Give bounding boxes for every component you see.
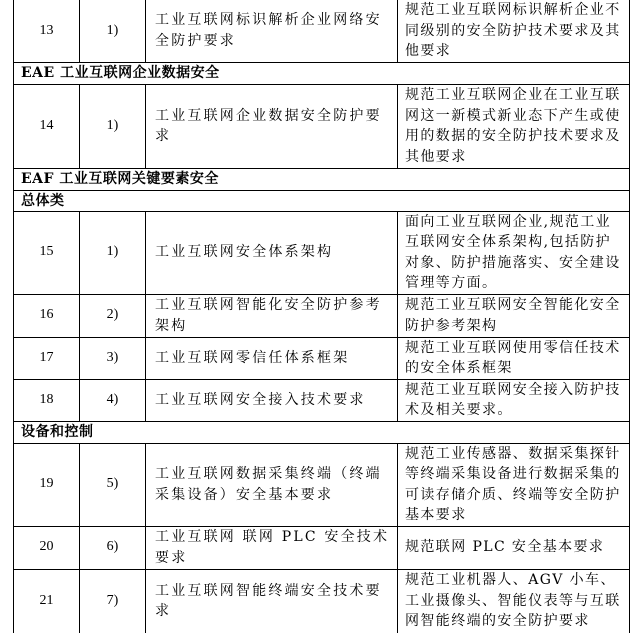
standard-name: 工业互联网智能终端安全技术要求 [146, 569, 398, 633]
subsection-title: 设备和控制 [14, 421, 630, 443]
row-number: 18 [14, 379, 80, 421]
row-number: 16 [14, 294, 80, 337]
row-number: 13 [14, 0, 80, 62]
section-header-eaf: EAF 工业互联网关键要素安全 [14, 168, 630, 190]
row-number: 15 [14, 211, 80, 294]
standard-name: 工业互联网 联网 PLC 安全技术要求 [146, 526, 398, 569]
standard-description: 规范工业互联网企业在工业互联网这一新模式新业态下产生或使用的数据的安全防护技术要… [398, 84, 630, 168]
row-number: 14 [14, 84, 80, 168]
row-number: 21 [14, 569, 80, 633]
table-row-17: 17 3) 工业互联网零信任体系框架 规范工业互联网使用零信任技术的安全体系框架 [14, 337, 630, 379]
row-sub-index: 3) [80, 337, 146, 379]
subsection-header-devices-control: 设备和控制 [14, 421, 630, 443]
row-number: 17 [14, 337, 80, 379]
standard-name: 工业互联网安全体系架构 [146, 211, 398, 294]
standard-description: 规范工业互联网标识解析企业不同级别的安全防护技术要求及其他要求 [398, 0, 630, 62]
row-sub-index: 1) [80, 84, 146, 168]
standard-description: 规范联网 PLC 安全基本要求 [398, 526, 630, 569]
row-sub-index: 1) [80, 211, 146, 294]
standard-name: 工业互联网企业数据安全防护要求 [146, 84, 398, 168]
standard-description: 规范工业互联网使用零信任技术的安全体系框架 [398, 337, 630, 379]
table-row-21: 21 7) 工业互联网智能终端安全技术要求 规范工业机器人、AGV 小车、工业摄… [14, 569, 630, 633]
row-sub-index: 2) [80, 294, 146, 337]
row-sub-index: 4) [80, 379, 146, 421]
standard-name: 工业互联网标识解析企业网络安全防护要求 [146, 0, 398, 62]
subsection-header-general: 总体类 [14, 190, 630, 211]
standard-description: 面向工业互联网企业,规范工业互联网安全体系架构,包括防护对象、防护措施落实、安全… [398, 211, 630, 294]
standard-name: 工业互联网安全接入技术要求 [146, 379, 398, 421]
row-sub-index: 1) [80, 0, 146, 62]
standards-table: 13 1) 工业互联网标识解析企业网络安全防护要求 规范工业互联网标识解析企业不… [13, 0, 630, 633]
standard-description: 规范工业互联网安全智能化安全防护参考架构 [398, 294, 630, 337]
row-number: 19 [14, 443, 80, 526]
standard-description: 规范工业互联网安全接入防护技术及相关要求。 [398, 379, 630, 421]
section-title: EAE 工业互联网企业数据安全 [14, 62, 630, 84]
row-sub-index: 5) [80, 443, 146, 526]
section-header-eae: EAE 工业互联网企业数据安全 [14, 62, 630, 84]
standard-name: 工业互联网智能化安全防护参考架构 [146, 294, 398, 337]
table-row-13: 13 1) 工业互联网标识解析企业网络安全防护要求 规范工业互联网标识解析企业不… [14, 0, 630, 62]
row-sub-index: 7) [80, 569, 146, 633]
table-row-20: 20 6) 工业互联网 联网 PLC 安全技术要求 规范联网 PLC 安全基本要… [14, 526, 630, 569]
table-row-19: 19 5) 工业互联网数据采集终端（终端采集设备）安全基本要求 规范工业传感器、… [14, 443, 630, 526]
table-row-15: 15 1) 工业互联网安全体系架构 面向工业互联网企业,规范工业互联网安全体系架… [14, 211, 630, 294]
standard-description: 规范工业机器人、AGV 小车、工业摄像头、智能仪表等与互联网智能终端的安全防护要… [398, 569, 630, 633]
section-title: EAF 工业互联网关键要素安全 [14, 168, 630, 190]
row-number: 20 [14, 526, 80, 569]
standard-name: 工业互联网数据采集终端（终端采集设备）安全基本要求 [146, 443, 398, 526]
row-sub-index: 6) [80, 526, 146, 569]
table-row-16: 16 2) 工业互联网智能化安全防护参考架构 规范工业互联网安全智能化安全防护参… [14, 294, 630, 337]
standard-description: 规范工业传感器、数据采集探针等终端采集设备进行数据采集的可读存储介质、终端等安全… [398, 443, 630, 526]
table-row-18: 18 4) 工业互联网安全接入技术要求 规范工业互联网安全接入防护技术及相关要求… [14, 379, 630, 421]
subsection-title: 总体类 [14, 190, 630, 211]
table-row-14: 14 1) 工业互联网企业数据安全防护要求 规范工业互联网企业在工业互联网这一新… [14, 84, 630, 168]
standard-name: 工业互联网零信任体系框架 [146, 337, 398, 379]
